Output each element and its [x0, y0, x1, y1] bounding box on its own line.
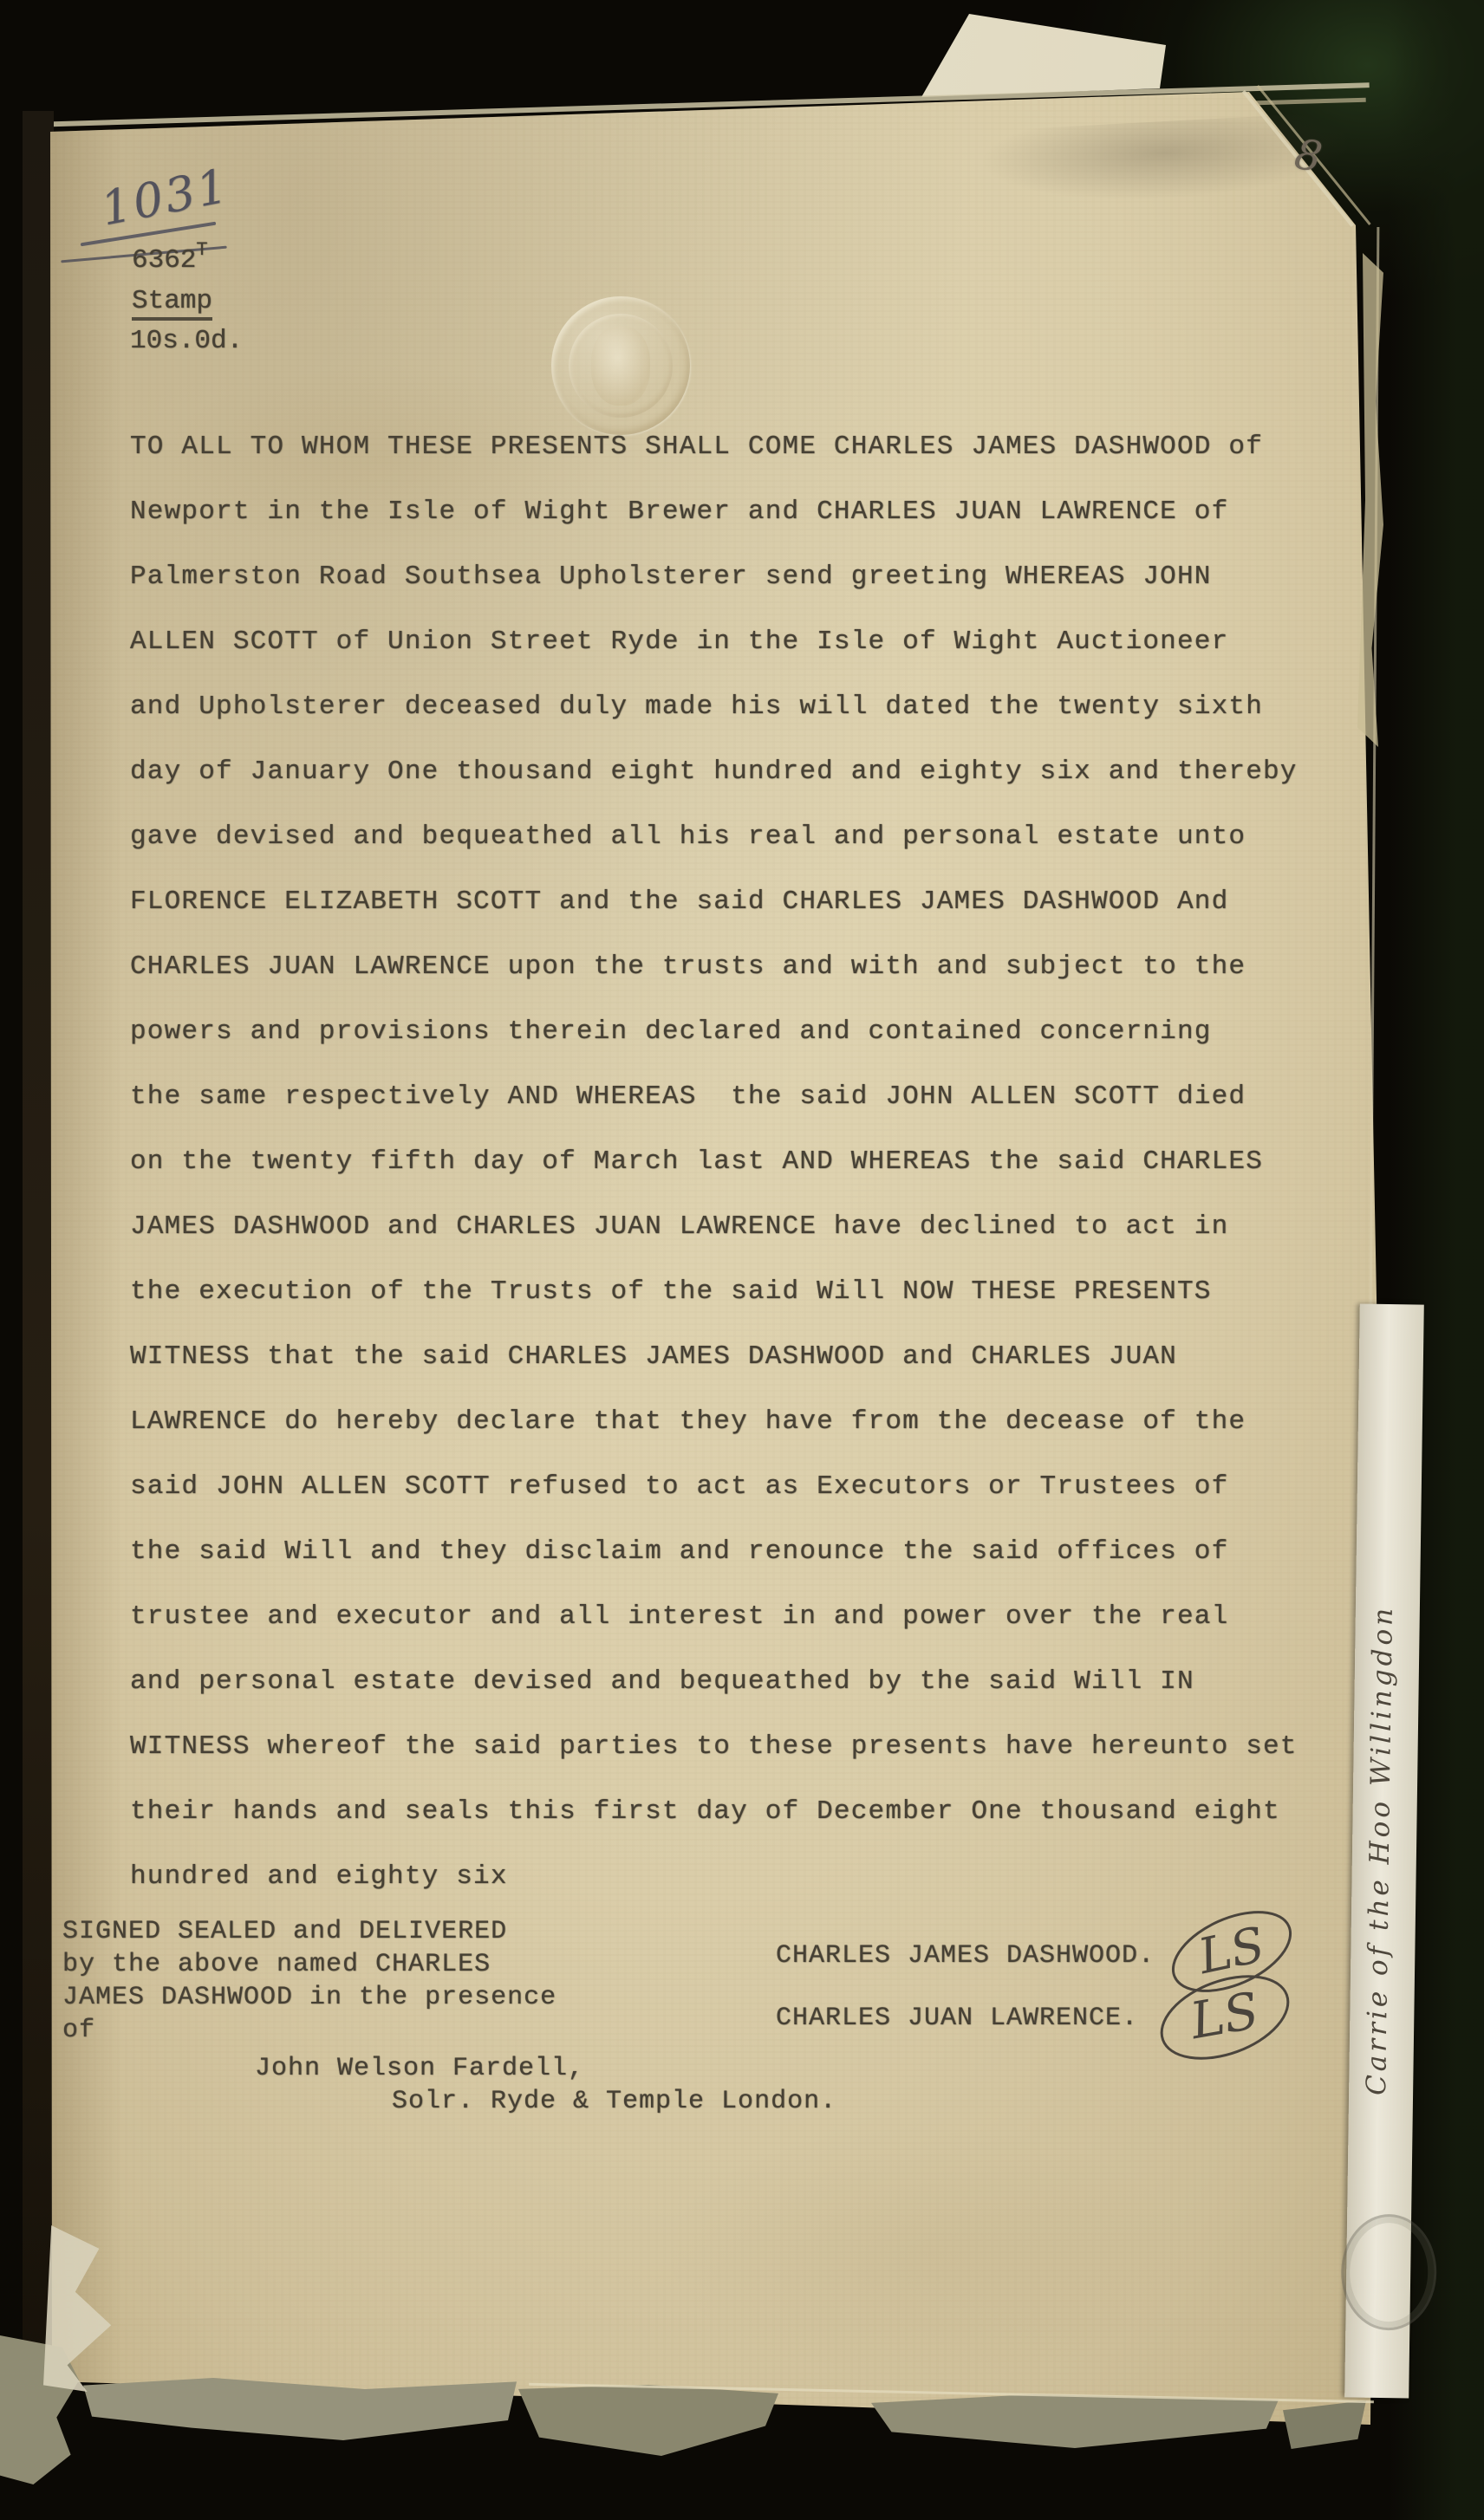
- scanned-deed-photo: { "header": { "handwritten_ref": "1031",…: [0, 0, 1484, 2520]
- attestation-line: JAMES DASHWOOD in the presence: [62, 1983, 556, 2016]
- body-line: JAMES DASHWOOD and CHARLES JUAN LAWRENCE…: [130, 1211, 1298, 1276]
- body-line: LAWRENCE do hereby declare that they hav…: [130, 1406, 1298, 1471]
- stamp-duty-value: 10s.0d.: [130, 326, 243, 356]
- attestation-line: SIGNED SEALED and DELIVERED: [62, 1917, 556, 1950]
- seal-mark-letters: LS: [1185, 1981, 1263, 2051]
- body-line: TO ALL TO WHOM THESE PRESENTS SHALL COME…: [130, 432, 1298, 497]
- signature-dashwood: CHARLES JAMES DASHWOOD.: [776, 1941, 1155, 1971]
- body-line: the same respectively AND WHEREAS the sa…: [130, 1081, 1298, 1146]
- body-line: the said Will and they disclaim and reno…: [130, 1536, 1298, 1601]
- body-line: gave devised and bequeathed all his real…: [130, 822, 1298, 887]
- binding-gutter: [23, 111, 54, 2416]
- witness-name: John Welson Fardell,: [255, 2054, 584, 2083]
- body-line: ALLEN SCOTT of Union Street Ryde in the …: [130, 627, 1298, 692]
- body-line: WITNESS whereof the said parties to thes…: [130, 1731, 1298, 1796]
- attestation-line: of: [62, 2016, 556, 2049]
- torn-edge-sliver: [1357, 253, 1383, 747]
- body-line: said JOHN ALLEN SCOTT refused to act as …: [130, 1471, 1298, 1536]
- body-line: their hands and seals this first day of …: [130, 1796, 1298, 1861]
- body-line: FLORENCE ELIZABETH SCOTT and the said CH…: [130, 887, 1298, 951]
- witness-title: Solr. Ryde & Temple London.: [392, 2087, 836, 2116]
- torn-paper-fragment: [871, 2394, 1279, 2448]
- attestation-line: by the above named CHARLES: [62, 1950, 556, 1983]
- torn-paper-fragment: [83, 2378, 517, 2440]
- body-line: day of January One thousand eight hundre…: [130, 757, 1298, 822]
- deed-body-text: TO ALL TO WHOM THESE PRESENTS SHALL COME…: [130, 432, 1298, 1926]
- body-line: Palmerston Road Southsea Upholsterer sen…: [130, 562, 1298, 627]
- body-line: and Upholsterer deceased duly made his w…: [130, 692, 1298, 757]
- embossed-seal: [551, 296, 690, 435]
- stamp-label: Stamp: [132, 286, 212, 321]
- body-line: and personal estate devised and bequeath…: [130, 1666, 1298, 1731]
- seal-mark-lawrence: LS: [1144, 1965, 1305, 2073]
- document-number-superscript: T: [196, 239, 207, 261]
- body-line: trustee and executor and all interest in…: [130, 1601, 1298, 1666]
- document-number: 6362T: [132, 239, 208, 276]
- body-line: WITNESS that the said CHARLES JAMES DASH…: [130, 1341, 1298, 1406]
- handwritten-margin-note: Carrie of the Hoo Willingdon: [1357, 1339, 1411, 2362]
- body-line: the execution of the Trusts of the said …: [130, 1276, 1298, 1341]
- body-line: Newport in the Isle of Wight Brewer and …: [130, 497, 1298, 562]
- torn-paper-fragment: [518, 2385, 778, 2456]
- signature-lawrence: CHARLES JUAN LAWRENCE.: [776, 2004, 1138, 2033]
- body-line: on the twenty fifth day of March last AN…: [130, 1146, 1298, 1211]
- body-line: CHARLES JUAN LAWRENCE upon the trusts an…: [130, 951, 1298, 1016]
- attestation-clause: SIGNED SEALED and DELIVERED by the above…: [62, 1917, 556, 2049]
- embossed-seal-crest: [591, 326, 650, 406]
- body-line: powers and provisions therein declared a…: [130, 1016, 1298, 1081]
- document-number-value: 6362: [132, 245, 196, 276]
